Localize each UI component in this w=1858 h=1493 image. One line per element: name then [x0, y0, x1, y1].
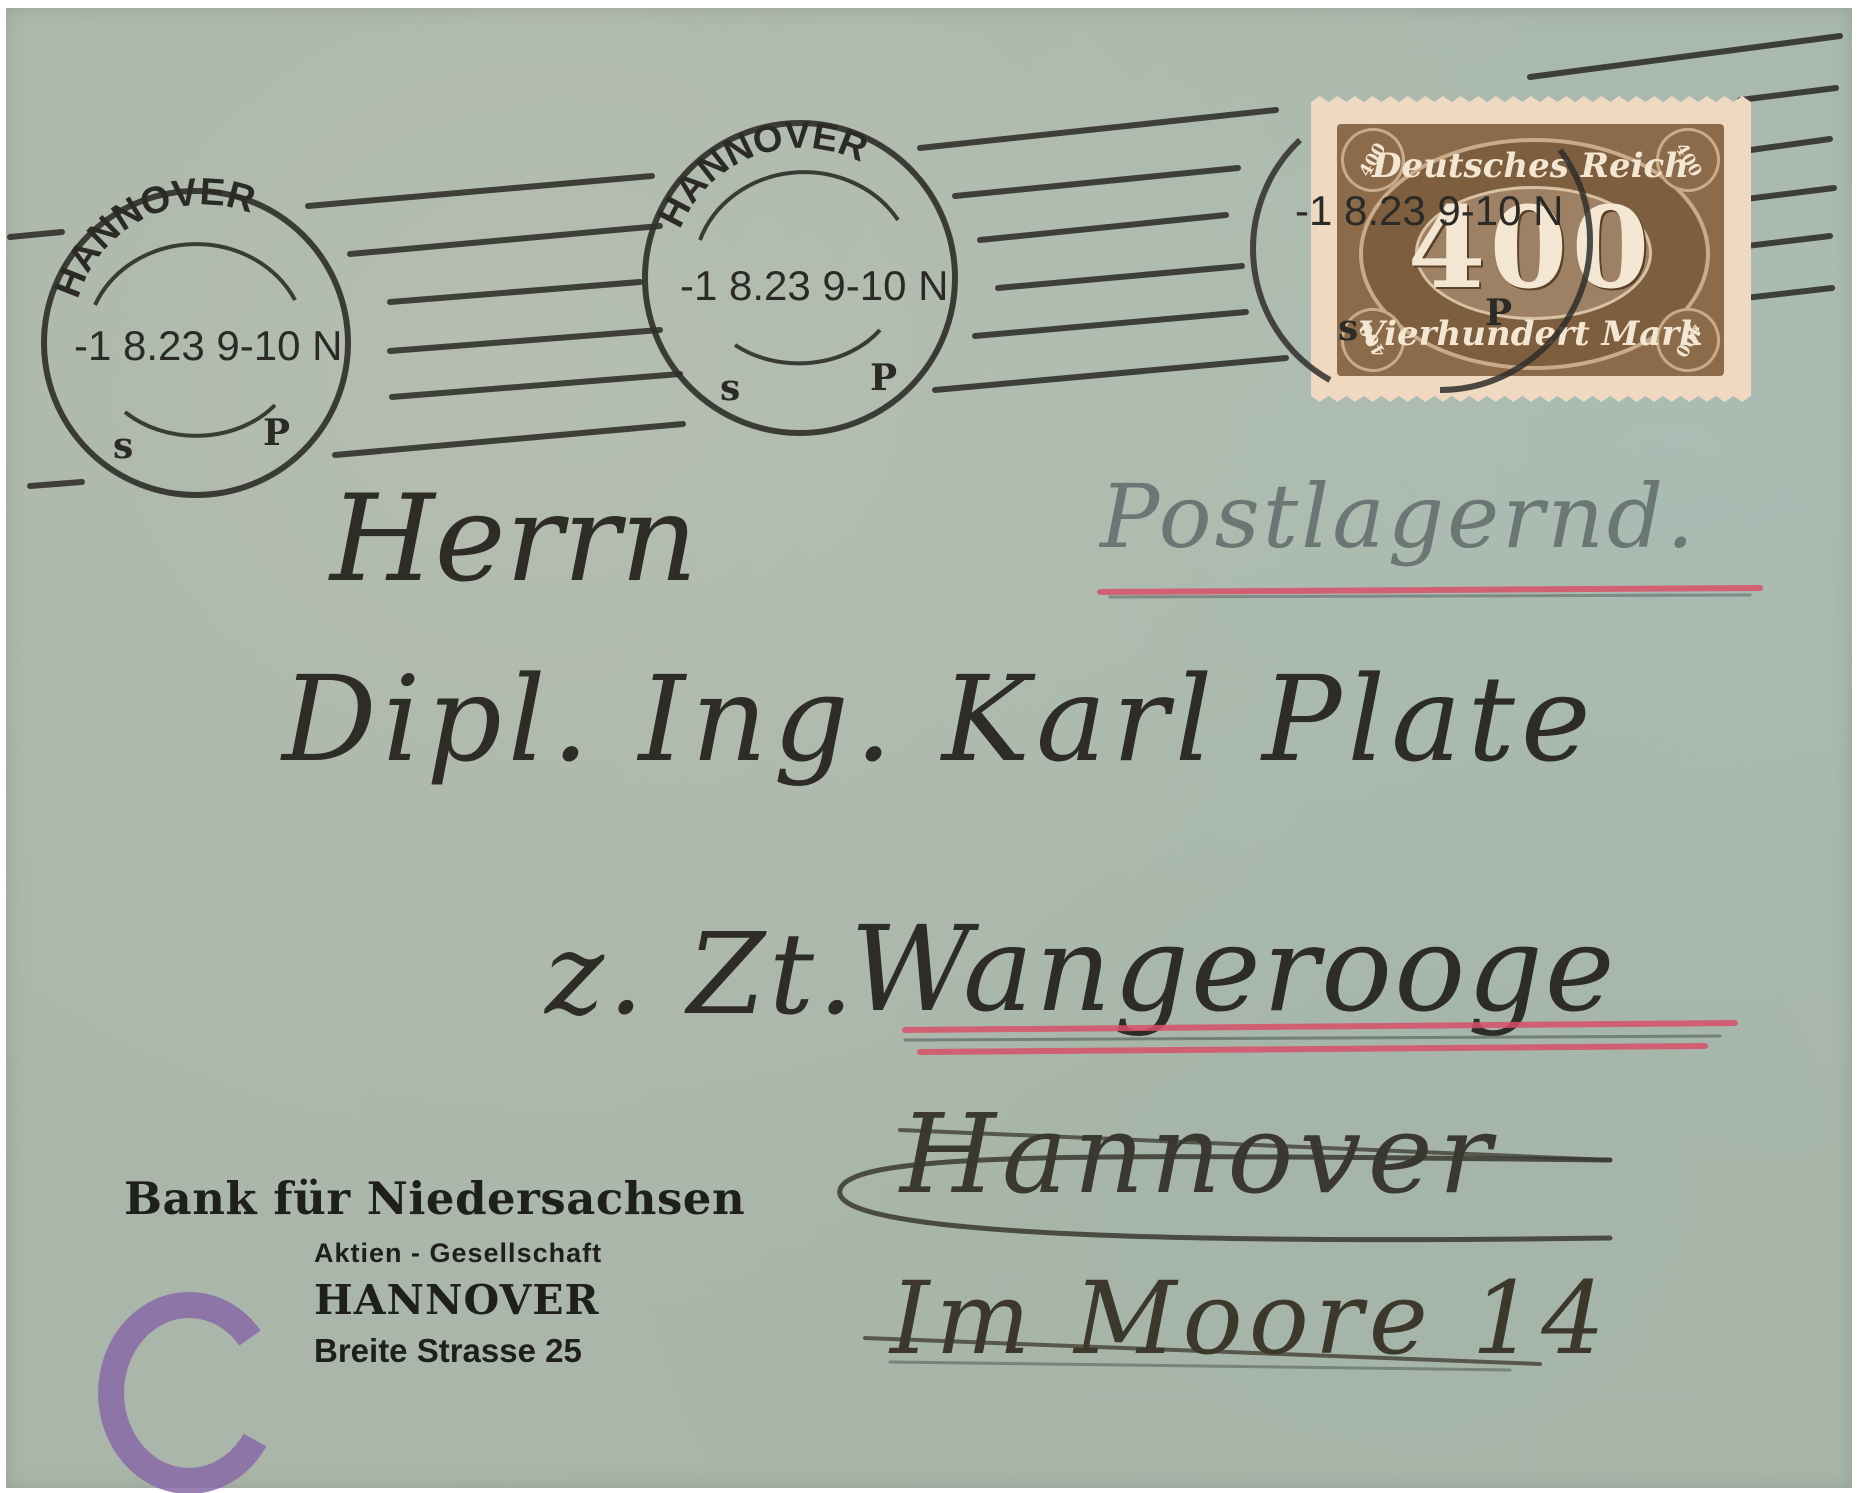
sender-bank-name: Bank für Niedersachsen — [124, 1172, 745, 1225]
annotation-marks — [0, 0, 1858, 1493]
purple-handstamp-c — [111, 1305, 255, 1481]
sender-company-form: Aktien - Gesellschaft — [314, 1238, 602, 1269]
sender-city: HANNOVER — [314, 1276, 600, 1324]
sender-street: Breite Strasse 25 — [314, 1332, 582, 1370]
sender-letterhead: Bank für Niedersachsen Aktien - Gesellsc… — [124, 1172, 745, 1225]
